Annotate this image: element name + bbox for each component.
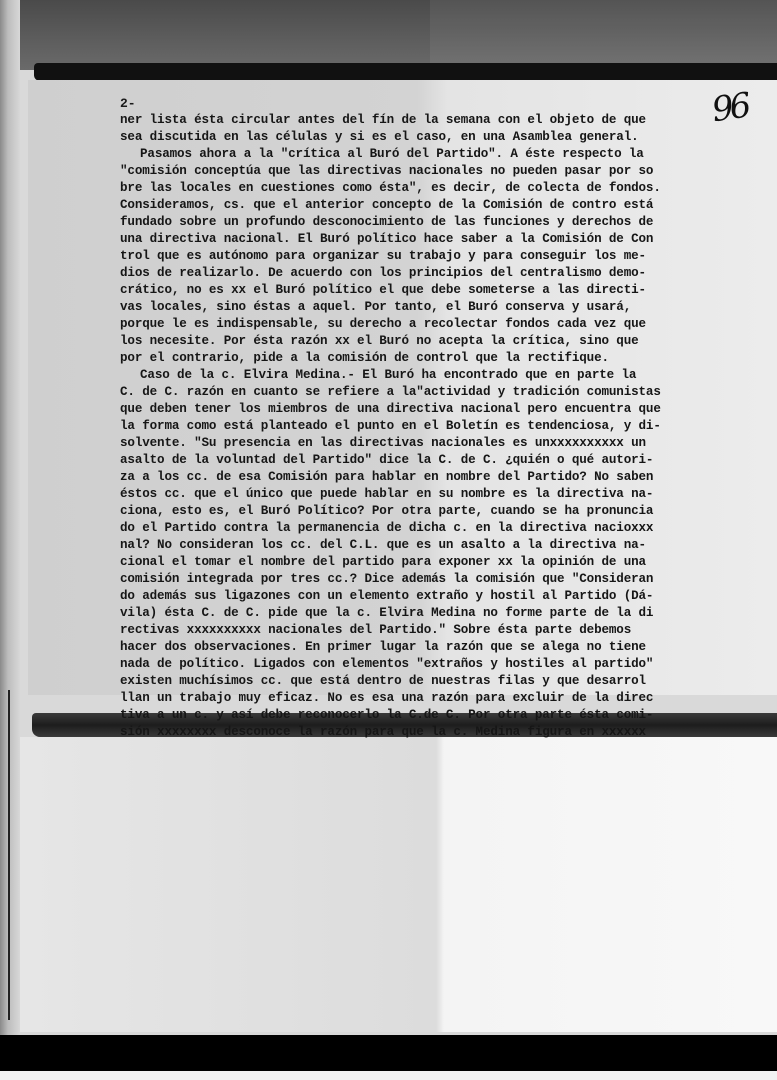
text-line: sión xxxxxxxx desconoce la razón para qu… bbox=[120, 724, 777, 741]
text-line: cional el tomar el nombre del partido pa… bbox=[120, 554, 777, 571]
text-line: vila) ésta C. de C. pide que la c. Elvir… bbox=[120, 605, 777, 622]
text-line: ciona, esto es, el Buró Político? Por ot… bbox=[120, 503, 777, 520]
text-line: "comisión conceptúa que las directivas n… bbox=[120, 163, 777, 180]
text-line: nada de político. Ligados con elementos … bbox=[120, 656, 777, 673]
text-line: sea discutida en las células y si es el … bbox=[120, 129, 777, 146]
text-line: por el contrario, pide a la comisión de … bbox=[120, 350, 777, 367]
text-line: C. de C. razón en cuanto se refiere a la… bbox=[120, 384, 777, 401]
scan-bottom-strip bbox=[0, 1071, 777, 1080]
text-line: do el Partido contra la permanencia de d… bbox=[120, 520, 777, 537]
text-line: una directiva nacional. El Buró político… bbox=[120, 231, 777, 248]
text-line: trol que es autónomo para organizar su t… bbox=[120, 248, 777, 265]
text-line: porque le es indispensable, su derecho a… bbox=[120, 316, 777, 333]
text-line: ner lista ésta circular antes del fín de… bbox=[120, 112, 777, 129]
text-line: Caso de la c. Elvira Medina.- El Buró ha… bbox=[120, 367, 777, 384]
text-line: que deben tener los miembros de una dire… bbox=[120, 401, 777, 418]
text-line: nal? No consideran los cc. del C.L. que … bbox=[120, 537, 777, 554]
text-line: existen muchísimos cc. que está dentro d… bbox=[120, 673, 777, 690]
next-page-blank bbox=[20, 737, 777, 1032]
text-line: vas locales, sino éstas a aquel. Por tan… bbox=[120, 299, 777, 316]
text-line: solvente. "Su presencia en las directiva… bbox=[120, 435, 777, 452]
text-line: do además sus ligazones con un elemento … bbox=[120, 588, 777, 605]
scan-dark-band-bottom bbox=[0, 1035, 777, 1071]
page-number: 2- bbox=[120, 96, 136, 111]
text-line: llan un trabajo muy eficaz. No es esa un… bbox=[120, 690, 777, 707]
scan-background-top bbox=[0, 0, 777, 70]
text-line: bre las locales en cuestiones como ésta"… bbox=[120, 180, 777, 197]
text-line: la forma como está planteado el punto en… bbox=[120, 418, 777, 435]
scan-left-edge bbox=[0, 0, 20, 1080]
typewritten-body: ner lista ésta circular antes del fín de… bbox=[120, 112, 777, 741]
scan-left-rule bbox=[8, 690, 10, 1020]
text-line: hacer dos observaciones. En primer lugar… bbox=[120, 639, 777, 656]
text-line: fundado sobre un profundo desconocimient… bbox=[120, 214, 777, 231]
scan-dark-band-top bbox=[34, 63, 777, 81]
scan-shade bbox=[430, 0, 777, 70]
text-line: éstos cc. que el único que puede hablar … bbox=[120, 486, 777, 503]
text-line: Consideramos, cs. que el anterior concep… bbox=[120, 197, 777, 214]
text-line: rectivas xxxxxxxxxx nacionales del Parti… bbox=[120, 622, 777, 639]
text-line: crático, no es xx el Buró político el qu… bbox=[120, 282, 777, 299]
text-line: asalto de la voluntad del Partido" dice … bbox=[120, 452, 777, 469]
text-line: comisión integrada por tres cc.? Dice ad… bbox=[120, 571, 777, 588]
text-line: Pasamos ahora a la "crítica al Buró del … bbox=[120, 146, 777, 163]
text-line: los necesite. Por ésta razón xx el Buró … bbox=[120, 333, 777, 350]
text-line: dios de realizarlo. De acuerdo con los p… bbox=[120, 265, 777, 282]
text-line: za a los cc. de esa Comisión para hablar… bbox=[120, 469, 777, 486]
text-line: tiva a un c. y así debe reconocerlo la C… bbox=[120, 707, 777, 724]
